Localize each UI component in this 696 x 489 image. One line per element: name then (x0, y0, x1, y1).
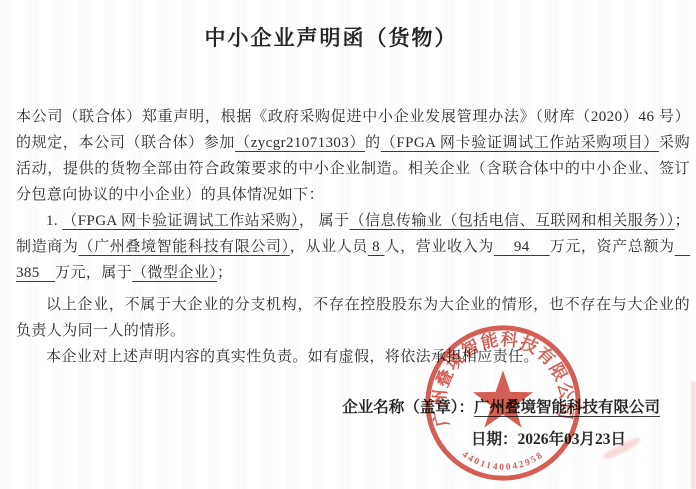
document-title: 中小企业声明函（货物） (16, 22, 646, 52)
goods-name-field: （FPGA 网卡验证调试工作站采购） (62, 213, 299, 229)
revenue-value-field: 94 (494, 239, 550, 255)
declaration-paragraph-intro: 本公司（联合体）郑重声明，根据《政府采购促进中小企业发展管理办法》（财库（202… (16, 104, 690, 208)
signature-company-name: 广州叠境智能科技有限公司 (474, 399, 660, 416)
employees-label: ，从业人员 (290, 239, 368, 255)
seal-serial-number: 4401140042958 (460, 450, 546, 473)
date-value: 2026年03月23日 (517, 431, 626, 448)
belongs-to-text: ， 属于 (299, 213, 350, 229)
industry-field: （信息传输业（包括电信、互联网和相关服务）） (350, 213, 675, 229)
enterprise-detail-paragraph: 1. （FPGA 网卡验证调试工作站采购）， 属于（信息传输业（包括电信、互联网… (16, 208, 690, 286)
not-large-enterprise-paragraph: 以上企业，不属于大企业的分支机构，不存在控股股东为大企业的情形，也不存在与大企业… (16, 292, 690, 344)
project-name-field: （FPGA 网卡验证调试工作站采购项目） (381, 135, 659, 151)
assets-label: 万元，资产总额为 (550, 239, 675, 255)
manufacturer-name-field: （广州叠境智能科技有限公司） (79, 239, 290, 255)
signature-line: 企业名称（盖章）：广州叠境智能科技有限公司 (16, 396, 690, 420)
item-number: 1. (46, 213, 62, 229)
declaration-document-page: 中小企业声明函（货物） 本公司（联合体）郑重声明，根据《政府采购促进中小企业发展… (0, 0, 696, 489)
procurement-number-field: （zycgr21071303） (235, 135, 365, 151)
date-label: 日期： (471, 431, 518, 448)
date-line: 日期：2026年03月23日 (16, 428, 690, 452)
responsibility-paragraph: 本企业对上述声明内容的真实性负责。如有虚假，将依法承担相应责任。 (16, 344, 690, 370)
employee-count-field: 8 (368, 239, 385, 255)
revenue-label: 人，营业收入为 (384, 239, 493, 255)
enterprise-type-label: 万元，属于 (55, 265, 132, 281)
company-seal-label: 企业名称（盖章）： (342, 399, 474, 416)
intro-connector: 的 (365, 135, 381, 151)
item-end-punctuation: ； (217, 265, 232, 281)
scan-edge-streak (691, 382, 696, 489)
enterprise-type-field: （微型企业） (132, 265, 217, 281)
